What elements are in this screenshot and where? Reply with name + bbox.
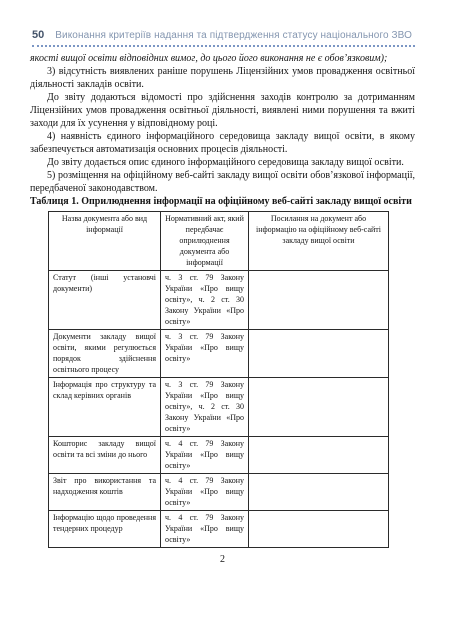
table-header-cell: Нормативний акт, який передбачає оприлюд…: [161, 212, 249, 271]
paragraph: 5) розміщення на офіційному веб-сайті за…: [30, 169, 415, 195]
header-title: Виконання критеріїв надання та підтвердж…: [55, 30, 412, 42]
table-cell: ч. 3 ст. 79 Закону України «Про вищу осв…: [161, 378, 249, 437]
footer-page-number: 2: [30, 553, 415, 566]
table-row: Інформація про структуру та склад керівн…: [49, 378, 389, 437]
table-row: Документи закладу вищої освіти, якими ре…: [49, 330, 389, 378]
paragraph: якості вищої освіти відповідних вимог, д…: [30, 52, 415, 65]
table-cell: ч. 4 ст. 79 Закону України «Про вищу осв…: [161, 437, 249, 474]
table-cell: Кошторис закладу вищої освіти та всі змі…: [49, 437, 161, 474]
table-cell: [249, 330, 389, 378]
table-cell: Звіт про використання та надходження кош…: [49, 474, 161, 511]
table-cell: Документи закладу вищої освіти, якими ре…: [49, 330, 161, 378]
document-page: 50 Виконання критеріїв надання та підтве…: [0, 0, 450, 638]
paragraph: До звіту додаються відомості про здійсне…: [30, 91, 415, 130]
table-cell: [249, 474, 389, 511]
table-cell: ч. 4 ст. 79 Закону України «Про вищу осв…: [161, 511, 249, 548]
table-row: Статут (інші установчі документи) ч. 3 с…: [49, 271, 389, 330]
table-header-row: Назва документа або вид інформації Норма…: [49, 212, 389, 271]
table-cell: [249, 271, 389, 330]
table-header-cell: Назва документа або вид інформації: [49, 212, 161, 271]
table-cell: Інформацію щодо проведення тендерних про…: [49, 511, 161, 548]
dotted-rule: [32, 45, 415, 47]
paragraph: 3) відсутність виявлених раніше порушень…: [30, 65, 415, 91]
header-page-number: 50: [32, 29, 44, 41]
table-row: Звіт про використання та надходження кош…: [49, 474, 389, 511]
table-cell: ч. 4 ст. 79 Закону України «Про вищу осв…: [161, 474, 249, 511]
table-cell: Статут (інші установчі документи): [49, 271, 161, 330]
table-header-cell: Посилання на документ або інформацію на …: [249, 212, 389, 271]
paragraph: До звіту додається опис єдиного інформац…: [30, 156, 415, 169]
table-row: Інформацію щодо проведення тендерних про…: [49, 511, 389, 548]
paragraph: 4) наявність єдиного інформаційного сере…: [30, 130, 415, 156]
table-cell: [249, 511, 389, 548]
page-header: 50 Виконання критеріїв надання та підтве…: [32, 29, 415, 42]
table-caption: Таблиця 1. Оприлюднення інформації на оф…: [30, 195, 415, 208]
publication-table: Назва документа або вид інформації Норма…: [48, 211, 389, 548]
table-cell: [249, 437, 389, 474]
table-cell: ч. 3 ст. 79 Закону України «Про вищу осв…: [161, 271, 249, 330]
table-cell: [249, 378, 389, 437]
table-cell: ч. 3 ст. 79 Закону України «Про вищу осв…: [161, 330, 249, 378]
table-cell: Інформація про структуру та склад керівн…: [49, 378, 161, 437]
page-content: якості вищої освіти відповідних вимог, д…: [30, 52, 415, 566]
table-row: Кошторис закладу вищої освіти та всі змі…: [49, 437, 389, 474]
